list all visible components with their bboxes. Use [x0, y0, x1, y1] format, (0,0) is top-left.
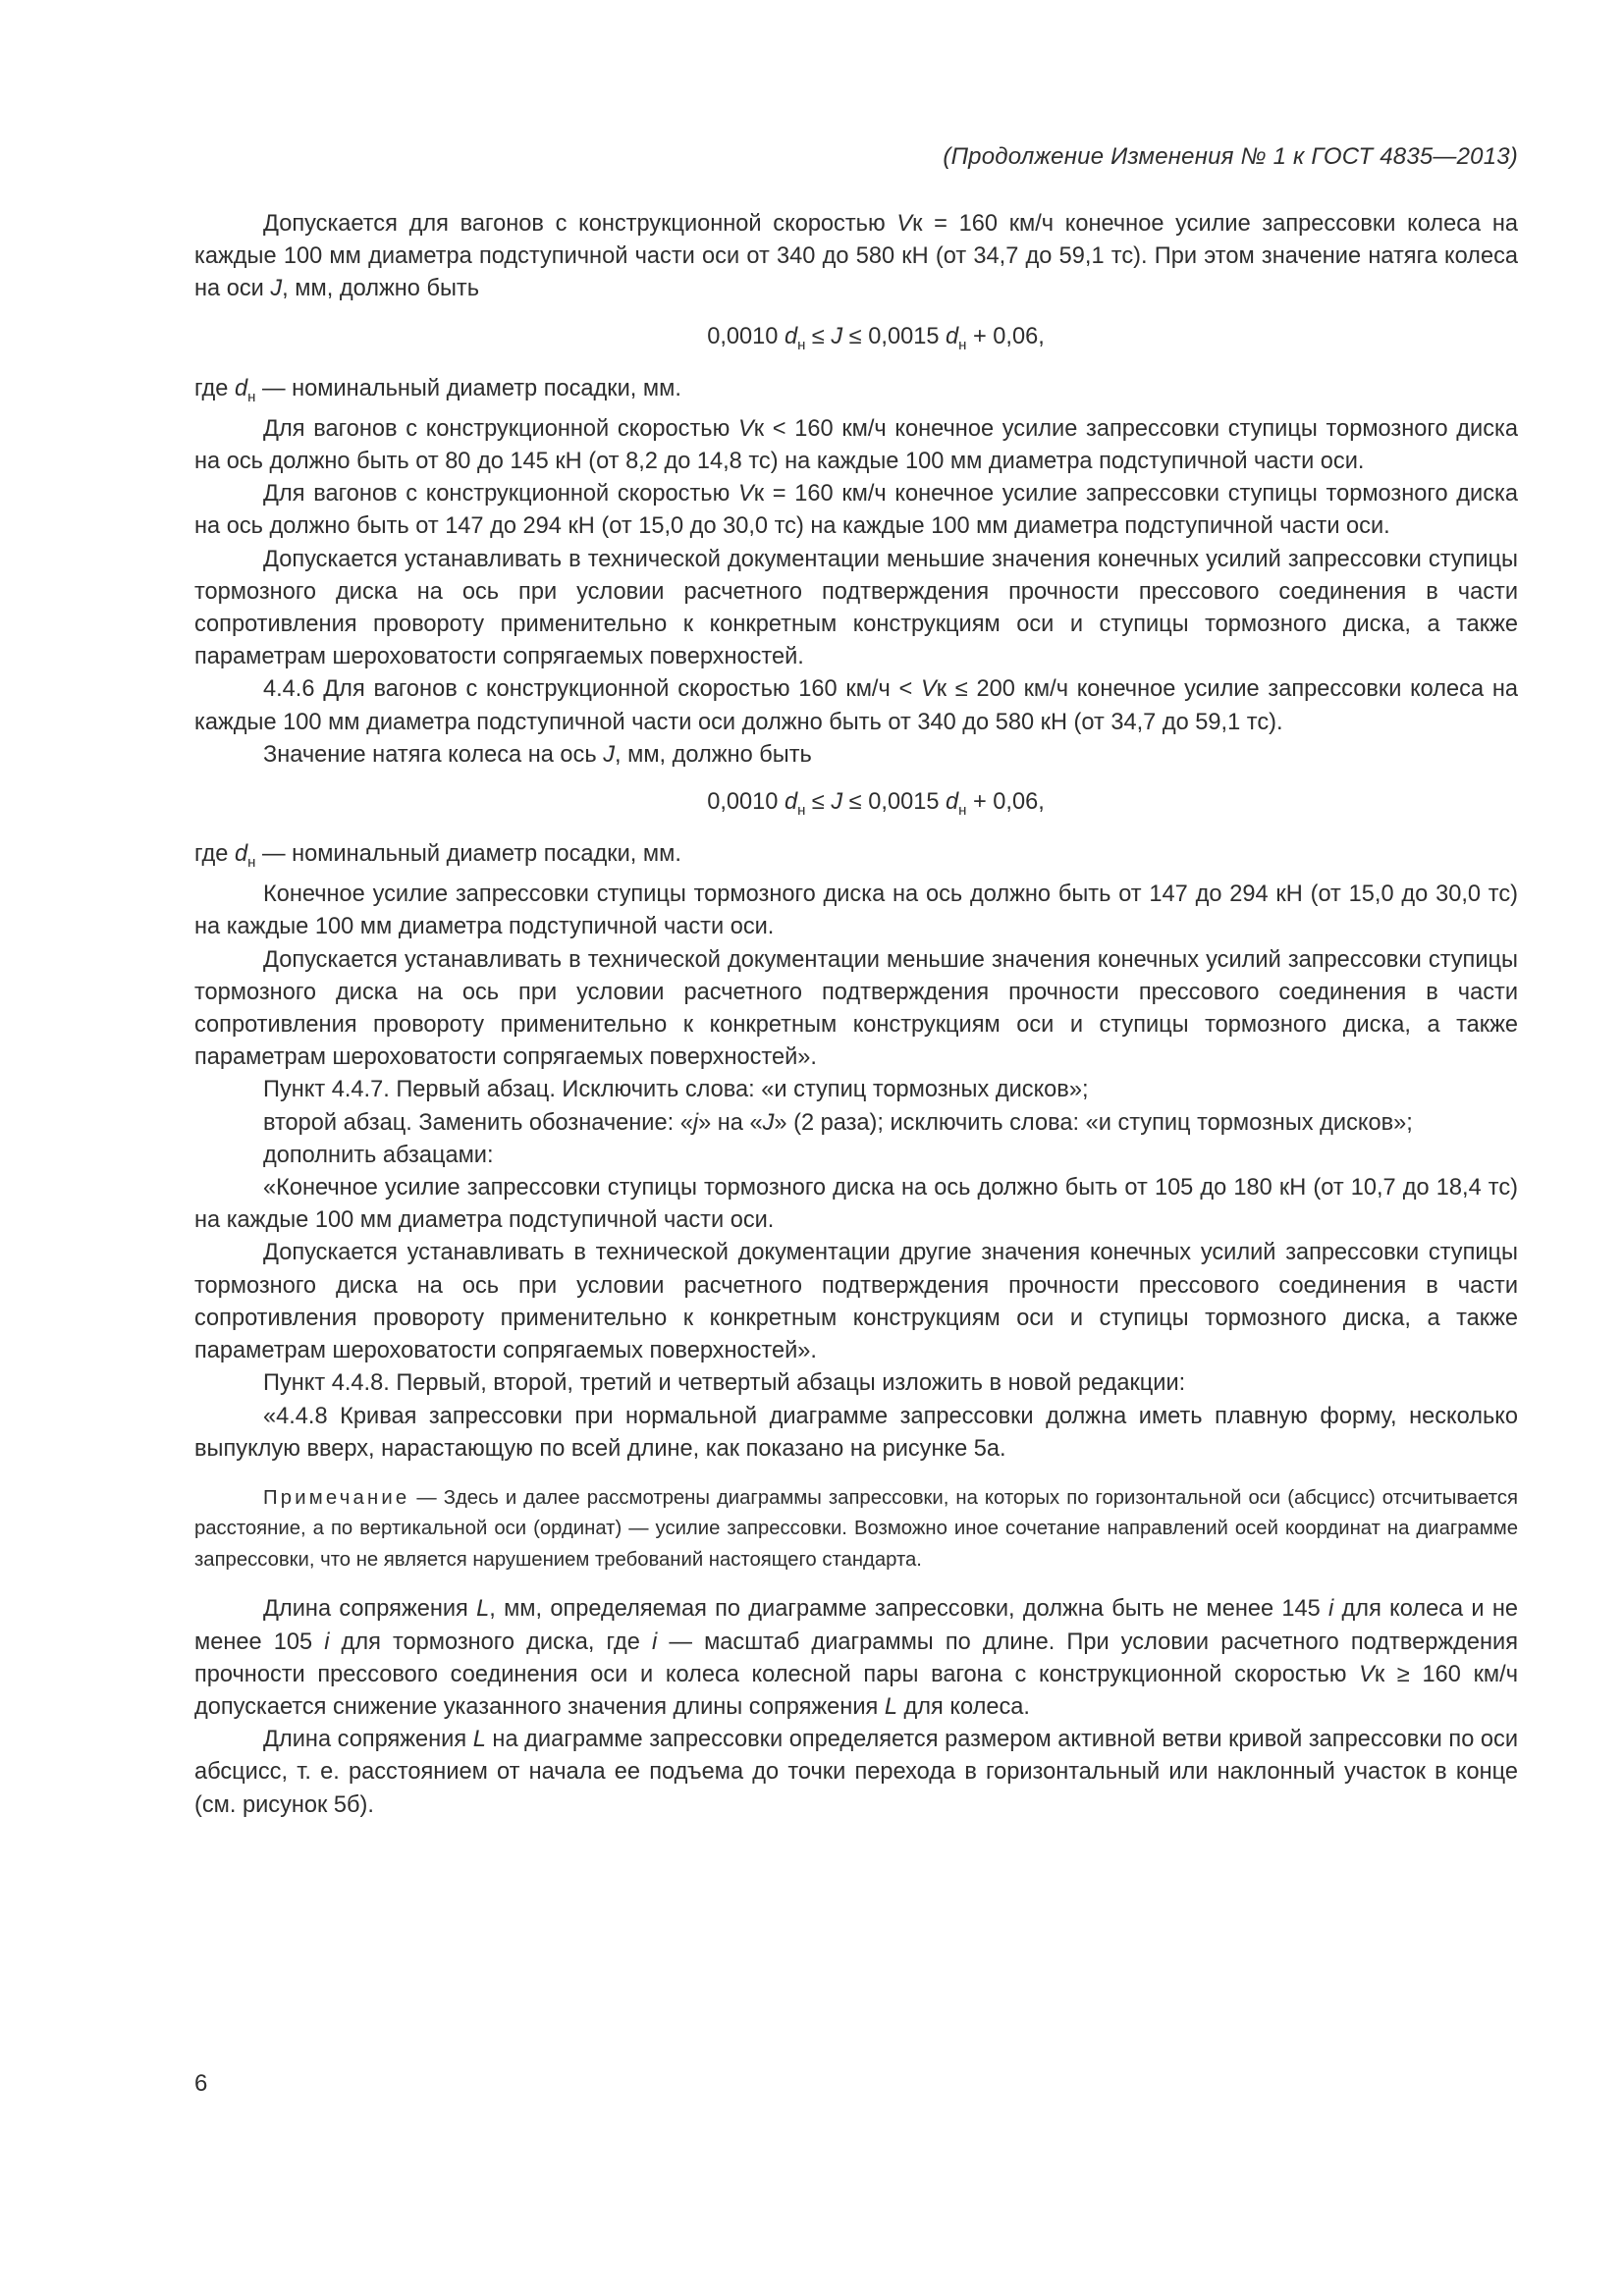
paragraph-allowance-1: Допускается устанавливать в технической … — [194, 544, 1518, 674]
paragraph-4-4-8-instruction: Пункт 4.4.8. Первый, второй, третий и че… — [194, 1367, 1518, 1400]
paragraph-4-4-7-first: Пункт 4.4.7. Первый абзац. Исключить сло… — [194, 1074, 1518, 1106]
paragraph-wheel-force-160: Допускается для вагонов с конструкционно… — [194, 208, 1518, 306]
paragraph-allowance-2: Допускается устанавливать в технической … — [194, 944, 1518, 1075]
formula-interference-1: 0,0010 dн ≤ J ≤ 0,0015 dн + 0,06, — [194, 321, 1518, 361]
paragraph-4-4-8-curve: «4.4.8 Кривая запрессовки при нормальной… — [194, 1401, 1518, 1466]
where-definition-2: где dн — номинальный диаметр посадки, мм… — [194, 838, 1518, 879]
paragraph-interference-value: Значение натяга колеса на ось J, мм, дол… — [194, 739, 1518, 772]
note-label: Примечание — [263, 1487, 409, 1509]
paragraph-4-4-7-second: второй абзац. Заменить обозначение: «j» … — [194, 1107, 1518, 1140]
body-text: Допускается для вагонов с конструкционно… — [194, 208, 1518, 1822]
paragraph-4-4-6: 4.4.6 Для вагонов с конструкционной скор… — [194, 673, 1518, 738]
paragraph-allowance-3: Допускается устанавливать в технической … — [194, 1237, 1518, 1367]
paragraph-disc-force-160: Для вагонов с конструкционной скоростью … — [194, 478, 1518, 543]
paragraph-mating-length-definition: Длина сопряжения L на диаграмме запрессо… — [194, 1724, 1518, 1822]
paragraph-disc-force-105-180: «Конечное усилие запрессовки ступицы тор… — [194, 1172, 1518, 1237]
paragraph-disc-force-below-160: Для вагонов с конструкционной скоростью … — [194, 413, 1518, 478]
var-v: V — [896, 211, 912, 237]
formula-interference-2: 0,0010 dн ≤ J ≤ 0,0015 dн + 0,06, — [194, 786, 1518, 827]
paragraph-mating-length: Длина сопряжения L, мм, определяемая по … — [194, 1593, 1518, 1724]
note-block: Примечание — Здесь и далее рассмотрены д… — [194, 1483, 1518, 1576]
paragraph-disc-force-final: Конечное усилие запрессовки ступицы торм… — [194, 879, 1518, 943]
where-definition-1: где dн — номинальный диаметр посадки, мм… — [194, 373, 1518, 413]
paragraph-add-paragraphs: дополнить абзацами: — [194, 1140, 1518, 1172]
running-head: (Продолжение Изменения № 1 к ГОСТ 4835—2… — [943, 143, 1518, 171]
page-number: 6 — [194, 2070, 207, 2098]
